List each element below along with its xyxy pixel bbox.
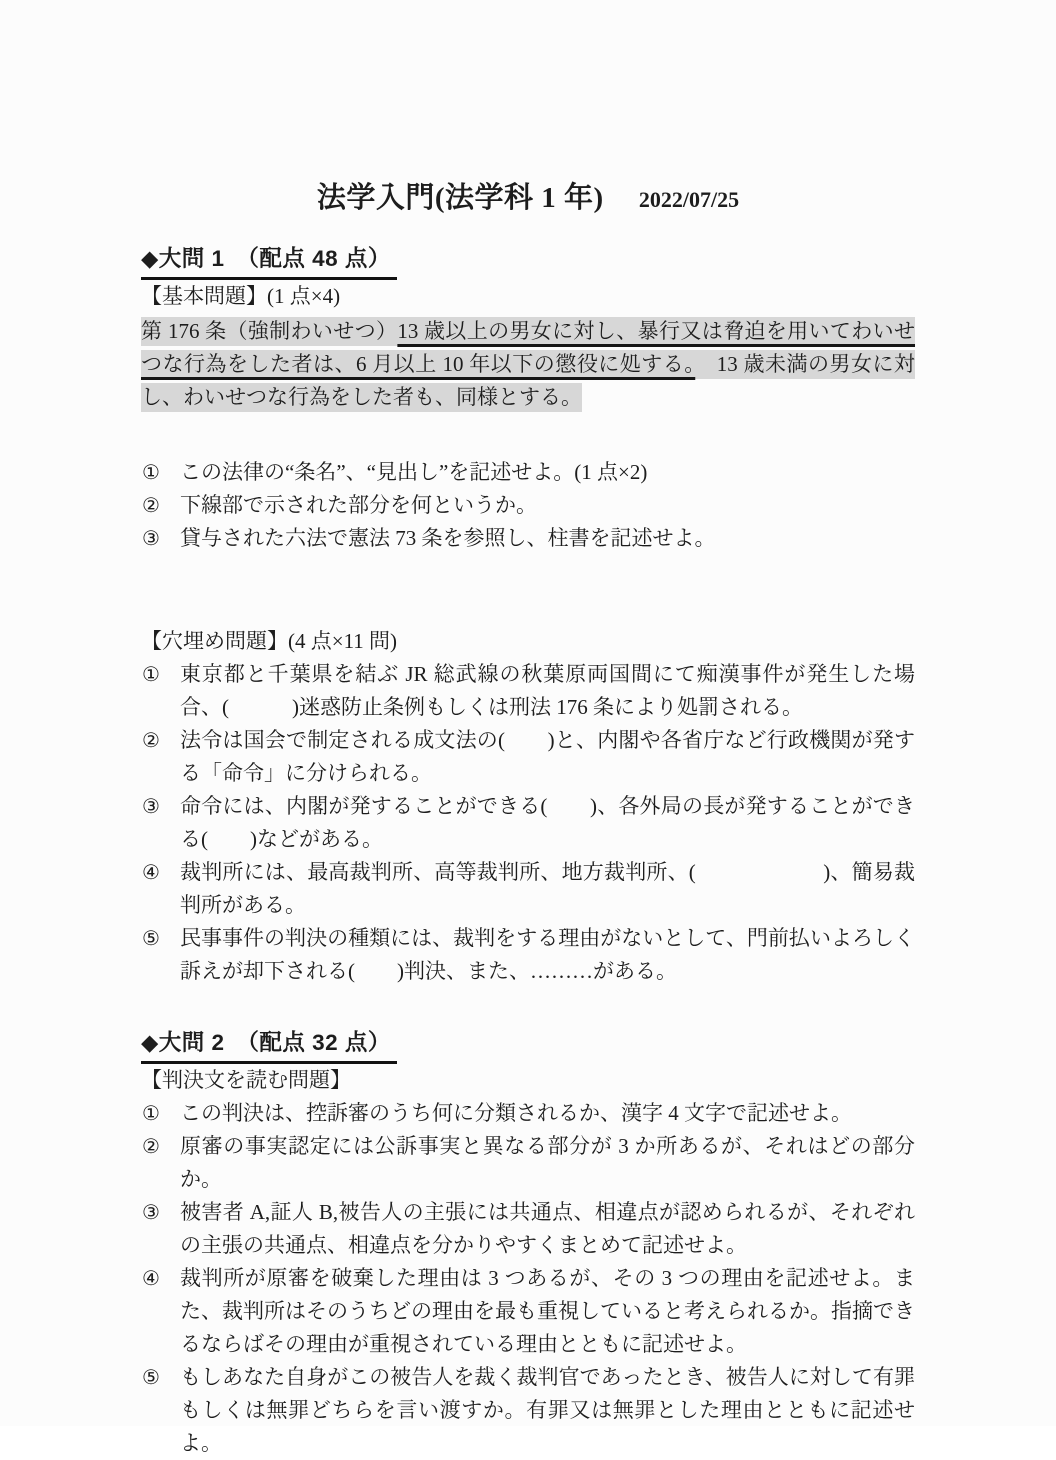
question-text: 命令には、内閣が発することができる( )、各外局の長が発することができる( )な…: [180, 794, 915, 851]
question-number: ①: [142, 658, 160, 691]
judgment-question-3: ③ 被害者 A,証人 B,被告人の主張には共通点、相違点が認められるが、それぞれ…: [141, 1196, 915, 1262]
question-text: この判決は、控訴審のうち何に分類されるか、漢字 4 文字で記述せよ。: [180, 1101, 852, 1125]
fill-question-4: ④ 裁判所には、最高裁判所、高等裁判所、地方裁判所、( )、簡易裁判所がある。: [141, 856, 915, 922]
question-number: ③: [142, 790, 160, 823]
question-number: ②: [142, 724, 160, 757]
section2-heading-text: ◆大問 2 （配点 32 点）: [141, 1026, 397, 1064]
fill-question-3: ③ 命令には、内閣が発することができる( )、各外局の長が発することができる( …: [141, 790, 915, 856]
question-number: ①: [142, 1097, 160, 1130]
statute-prefix: 第 176 条（強制わいせつ）: [141, 319, 397, 343]
basic-problems-label: 【基本問題】(1 点×4): [141, 280, 915, 313]
section2-heading: ◆大問 2 （配点 32 点）: [141, 1026, 915, 1064]
question-text: 東京都と千葉県を結ぶ JR 総武線の秋葉原両国間にて痴漢事件が発生した場合、( …: [180, 662, 915, 719]
statute-highlight: 第 176 条（強制わいせつ）13 歳以上の男女に対し、暴行又は脅迫を用いてわい…: [141, 317, 915, 412]
document-header: 法学入門(法学科 1 年) 2022/07/25: [141, 178, 915, 220]
question-number: ②: [142, 1130, 160, 1163]
statute-excerpt: 第 176 条（強制わいせつ）13 歳以上の男女に対し、暴行又は脅迫を用いてわい…: [141, 315, 915, 414]
question-text: 裁判所には、最高裁判所、高等裁判所、地方裁判所、( )、簡易裁判所がある。: [180, 860, 915, 917]
question-text: もしあなた自身がこの被告人を裁く裁判官であったとき、被告人に対して有罪もしくは無…: [180, 1365, 915, 1455]
question-number: ③: [142, 1196, 160, 1229]
question-text: 被害者 A,証人 B,被告人の主張には共通点、相違点が認められるが、それぞれの主…: [180, 1200, 915, 1257]
exam-document-page: 法学入門(法学科 1 年) 2022/07/25 ◆大問 1 （配点 48 点）…: [0, 0, 1056, 1426]
question-text: 民事事件の判決の種類には、裁判をする理由がないとして、門前払いよろしく訴えが却下…: [180, 926, 915, 983]
document-date: 2022/07/25: [639, 187, 739, 212]
fill-question-1: ① 東京都と千葉県を結ぶ JR 総武線の秋葉原両国間にて痴漢事件が発生した場合、…: [141, 658, 915, 724]
basic-question-2: ② 下線部で示された部分を何というか。: [141, 489, 915, 522]
judgment-question-1: ① この判決は、控訴審のうち何に分類されるか、漢字 4 文字で記述せよ。: [141, 1097, 915, 1130]
question-number: ④: [142, 1262, 160, 1295]
judgment-question-4: ④ 裁判所が原審を破棄した理由は 3 つあるが、その 3 つの理由を記述せよ。ま…: [141, 1262, 915, 1361]
question-text: 原審の事実認定には公訴事実と異なる部分が 3 か所あるが、それはどの部分か。: [180, 1134, 915, 1191]
judgment-reading-label: 【判決文を読む問題】: [141, 1064, 915, 1097]
question-number: ③: [142, 522, 160, 555]
judgment-question-2: ② 原審の事実認定には公訴事実と異なる部分が 3 か所あるが、それはどの部分か。: [141, 1130, 915, 1196]
section1-heading-text: ◆大問 1 （配点 48 点）: [141, 242, 397, 280]
document-title: 法学入門(法学科 1 年): [317, 182, 604, 214]
question-number: ⑤: [142, 922, 160, 955]
question-number: ④: [142, 856, 160, 889]
fill-question-5: ⑤ 民事事件の判決の種類には、裁判をする理由がないとして、門前払いよろしく訴えが…: [141, 922, 915, 988]
question-number: ①: [142, 456, 160, 489]
judgment-question-5: ⑤ もしあなた自身がこの被告人を裁く裁判官であったとき、被告人に対して有罪もしく…: [141, 1361, 915, 1460]
question-text: この法律の“条名”、“見出し”を記述せよ。(1 点×2): [180, 460, 647, 484]
question-text: 法令は国会で制定される成文法の( )と、内閣や各省庁など行政機関が発する「命令」…: [180, 728, 915, 785]
basic-question-3: ③ 貸与された六法で憲法 73 条を参照し、柱書を記述せよ。: [141, 522, 915, 555]
basic-question-1: ① この法律の“条名”、“見出し”を記述せよ。(1 点×2): [141, 456, 915, 489]
judgment-question-list: ① この判決は、控訴審のうち何に分類されるか、漢字 4 文字で記述せよ。 ② 原…: [141, 1097, 915, 1460]
question-text: 下線部で示された部分を何というか。: [180, 493, 537, 517]
fill-in-problems-label: 【穴埋め問題】(4 点×11 問): [141, 625, 915, 658]
question-number: ⑤: [142, 1361, 160, 1394]
fill-question-2: ② 法令は国会で制定される成文法の( )と、内閣や各省庁など行政機関が発する「命…: [141, 724, 915, 790]
question-number: ②: [142, 489, 160, 522]
basic-question-list: ① この法律の“条名”、“見出し”を記述せよ。(1 点×2) ② 下線部で示され…: [141, 456, 915, 555]
question-text: 裁判所が原審を破棄した理由は 3 つあるが、その 3 つの理由を記述せよ。また、…: [180, 1266, 915, 1356]
fill-in-question-list: ① 東京都と千葉県を結ぶ JR 総武線の秋葉原両国間にて痴漢事件が発生した場合、…: [141, 658, 915, 988]
question-text: 貸与された六法で憲法 73 条を参照し、柱書を記述せよ。: [180, 526, 716, 550]
section1-heading: ◆大問 1 （配点 48 点）: [141, 242, 915, 280]
